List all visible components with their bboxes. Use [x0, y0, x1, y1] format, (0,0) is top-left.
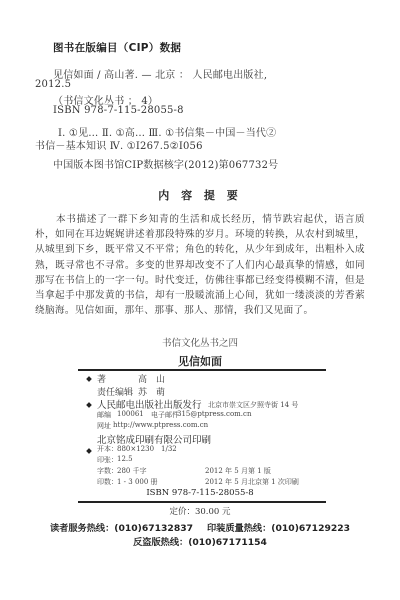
- postcode-label: 邮编: [97, 410, 111, 420]
- copies: 1 - 3 000 册: [117, 477, 158, 487]
- copies-label: 印数：: [97, 477, 118, 487]
- words-label: 字数：: [97, 466, 118, 476]
- anti-piracy-hotline: 反盗版热线：(010)67171154: [0, 534, 400, 548]
- cip-heading: 图书在版编目（CIP）数据: [53, 40, 181, 55]
- website: http://www.ptpress.com.cn: [113, 421, 208, 429]
- book-title: 见信如面: [0, 353, 400, 369]
- print-quality-hotline: 印装质量热线：(010)67129223: [207, 523, 350, 534]
- price: 定价：30.00 元: [0, 505, 400, 517]
- bullet-icon: [86, 402, 92, 408]
- publisher-address: 北京市崇文区夕照寺街 14 号: [208, 400, 298, 410]
- cip-title-line: 见信如面 / 高山著. — 北京 ： 人民邮电出版社,: [53, 66, 267, 81]
- email: 315@ptpress.com.cn: [177, 410, 251, 418]
- summary-title: 内 容 提 要: [0, 187, 400, 203]
- summary-body: 本书描述了一群下乡知青的生活和成长经历，情节跌宕起伏，语言质朴，如同在耳边娓娓讲…: [35, 212, 365, 318]
- sheets-label: 印张：: [97, 455, 118, 465]
- series-title: 书信文化丛书之四: [0, 335, 400, 349]
- author-name: 高 山: [138, 372, 165, 385]
- format-label: 开本：: [97, 444, 118, 454]
- cip-classification-line-2: 书信－基本知识 Ⅳ. ①I267.5②I056: [35, 137, 203, 152]
- sheets: 12.5: [117, 455, 133, 463]
- website-label: 网址: [97, 421, 111, 431]
- top-rule: [78, 369, 326, 371]
- bullet-icon: [86, 448, 92, 454]
- author-label: 著: [97, 372, 106, 385]
- postcode: 100061: [117, 410, 144, 418]
- reader-service-hotline: 读者服务热线：(010)67132837: [50, 523, 193, 534]
- publisher: 人民邮电出版社出版发行: [97, 397, 202, 411]
- bullet-icon: [86, 376, 92, 382]
- format: 880×1230 1/32: [117, 444, 177, 454]
- cip-approval-number: 中国版本图书馆CIP数据核字(2012)第067732号: [53, 156, 278, 171]
- hotline-row: 读者服务热线：(010)67132837印装质量热线：(010)67129223: [0, 520, 400, 534]
- isbn: ISBN 978-7-115-28055-8: [0, 488, 400, 498]
- words: 280 千字: [117, 466, 147, 476]
- email-label: 电子邮件: [151, 410, 179, 420]
- cip-date-line: 2012.5: [35, 79, 71, 90]
- printing: 2012 年 5 月北京第 1 次印刷: [205, 477, 299, 487]
- cip-isbn-line: ISBN 978-7-115-28055-8: [53, 105, 184, 116]
- edition: 2012 年 5 月第 1 版: [205, 466, 271, 476]
- bottom-rule: [78, 501, 326, 503]
